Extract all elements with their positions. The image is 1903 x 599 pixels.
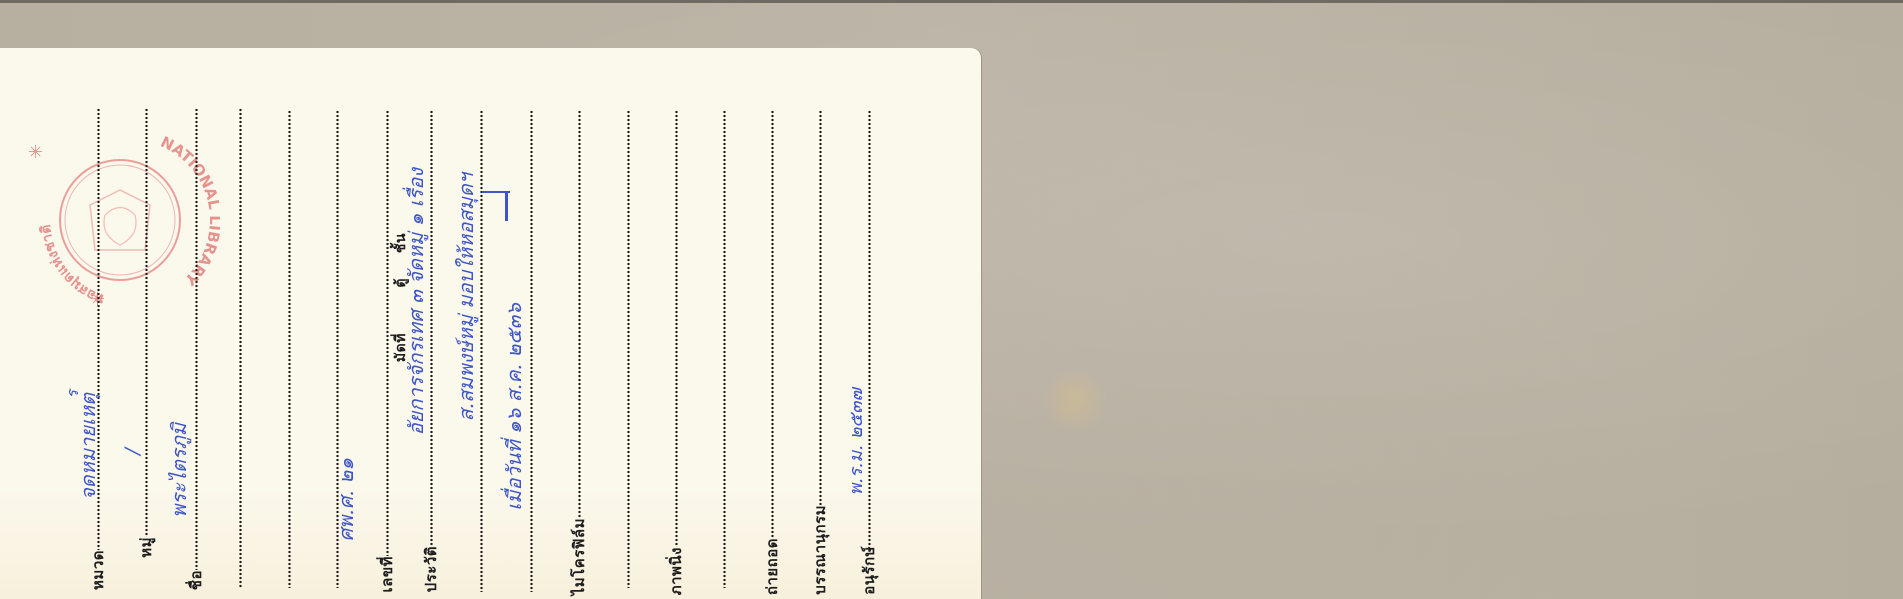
dotted-line [288,110,291,588]
dotted-line [578,110,581,518]
label-group: หมู่ [134,537,158,558]
dotted-line [239,108,242,588]
label-still-image: ภาพนิ่ง [664,547,688,595]
paper-stain [1040,370,1110,430]
dotted-line [819,110,822,505]
dotted-line [675,110,678,547]
handwritten-history-2: ส.สมพงษ์หมู่ มอบให้หอสมุดฯ [450,173,482,421]
handwritten-title: พระไตรภูมิ [163,423,195,518]
dotted-line [627,110,630,588]
field-bibliography: บรรณานุกรม [807,110,833,595]
label-transcription: ถ่ายถอด [760,538,784,595]
field-blank-1 [227,108,253,588]
handwritten-history-3: เมื่อวันที่ ๑๖ ส.ค. ๒๕๓๖ [498,303,530,511]
field-microfilm: ไมโครฟิล์ม [566,110,592,595]
label-microfilm: ไมโครฟิล์ม [567,518,591,595]
scan-top-edge [0,0,1903,3]
field-blank-4 [615,110,641,588]
pen-mark [505,191,508,221]
svg-text:✳: ✳ [28,142,43,163]
catalog-card: NATIONAL LIBRARY หอสมุดแห่งชาติ ✳ ✳ หมวด… [0,48,981,599]
handwritten-category: จดหมายเหตุ [72,393,104,500]
label-category: หมวด [86,550,110,590]
field-conservation: อนุรักษ์ [856,110,882,595]
dotted-line [145,108,148,537]
pen-mark [482,191,510,193]
field-blank-2 [276,110,302,588]
handwritten-group-mark: / [120,448,144,455]
field-category: หมวด [85,108,111,590]
dotted-line [723,110,726,588]
field-blank-5 [711,110,737,588]
label-title: ชื่อ [184,570,208,590]
handwritten-conservation: พ.ร.ม. ๒๕๓๗ [842,388,871,496]
handwritten-number: ศพ.ศ. ๒๑ [330,458,362,542]
field-transcription: ถ่ายถอด [759,110,785,595]
label-conservation: อนุรักษ์ [857,546,881,595]
label-number: เลขที่ [375,556,399,592]
field-group: หมู่ [133,108,159,558]
label-history: ประวัติ [419,546,443,592]
dotted-line [386,110,389,556]
handwritten-history-1: อัยการจักรเทศ ๓ จัดหมู่ ๑ เรื่อง [400,168,432,435]
label-bibliography: บรรณานุกรม [808,505,832,595]
dotted-line [771,110,774,538]
field-still-image: ภาพนิ่ง [663,110,689,595]
handwritten-category-note: ร [60,390,85,399]
